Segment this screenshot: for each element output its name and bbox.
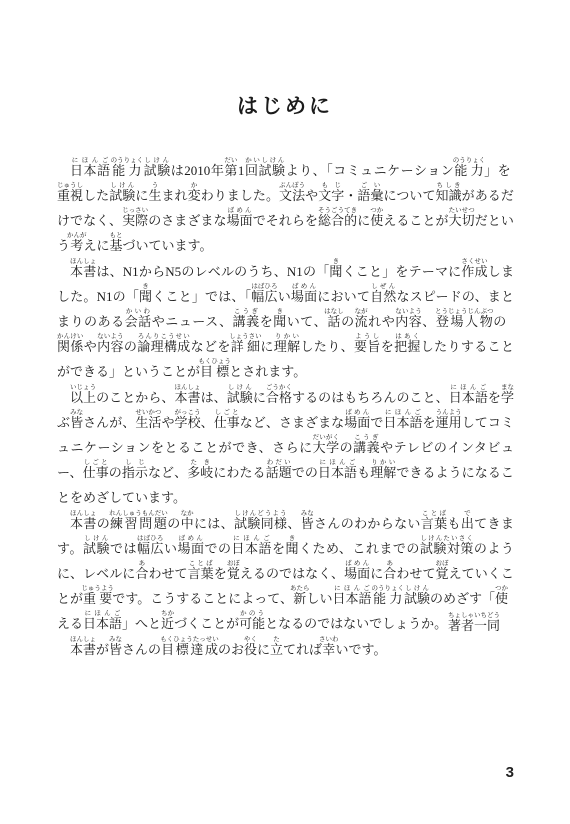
author-signature: 著者一同ちょしゃいちどう <box>57 612 514 638</box>
page-title: はじめに <box>0 90 570 120</box>
paragraph-3: 以上いじょうのことから、本書ほんしょは、試験しけんに合格ごうかくするのはもちろん… <box>57 384 514 510</box>
body-text: 日本語にほんご能力のうりょく試験しけんは2010年第だい1回試験かいしけんより、… <box>57 157 514 662</box>
paragraph-5: 本書ほんしょが皆みなさんの目標達成もくひょうたっせいのお役やくに立たてれば幸さい… <box>57 636 514 662</box>
paragraph-1: 日本語にほんご能力のうりょく試験しけんは2010年第だい1回試験かいしけんより、… <box>57 157 514 258</box>
page-number: 3 <box>506 764 514 781</box>
document-page: はじめに 日本語にほんご能力のうりょく試験しけんは2010年第だい1回試験かいし… <box>0 0 570 824</box>
paragraph-2: 本書ほんしょは、N1からN5のレベルのうち、N1の「聞きくこと」をテーマに作成さ… <box>57 258 514 384</box>
